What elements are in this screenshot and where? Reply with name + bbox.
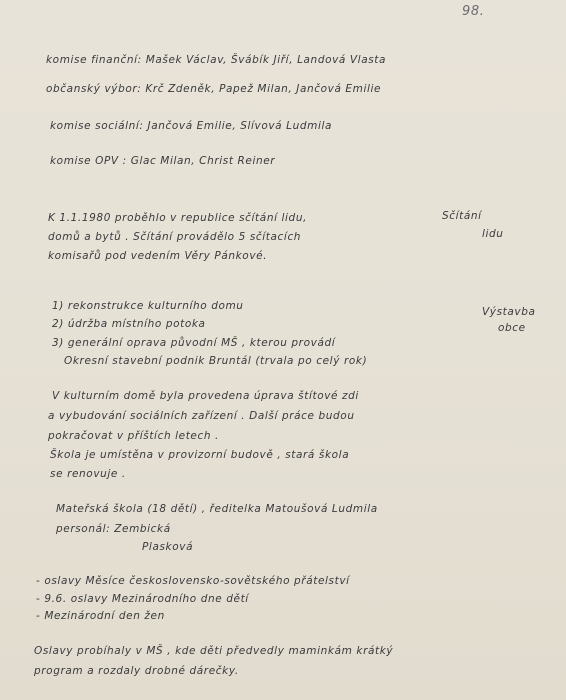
kindergarten-line: Mateřská škola (18 dětí) , ředitelka Mat… <box>56 503 378 515</box>
census-line: komisařů pod vedením Věry Pánkové. <box>48 250 267 262</box>
margin-note-census: lidu <box>482 228 504 240</box>
commission-line: občanský výbor: Krč Zdeněk, Papež Milan,… <box>46 83 381 95</box>
construction-item: Okresní stavební podnik Bruntál (trvala … <box>64 355 367 367</box>
kindergarten-line: Plasková <box>142 541 193 553</box>
culture-line: a vybudování sociálních zařízení . Další… <box>48 410 355 422</box>
culture-line: V kulturním domě byla provedena úprava š… <box>52 390 359 402</box>
construction-item: 1) rekonstrukce kulturního domu <box>52 300 244 312</box>
celebration-item: - Mezinárodní den žen <box>36 610 165 622</box>
chronicle-page: 98. komise finanční: Mašek Václav, Švábí… <box>0 0 566 700</box>
construction-item: 2) údržba místního potoka <box>52 318 206 330</box>
closing-line: program a rozdaly drobné dárečky. <box>34 665 239 677</box>
celebration-item: - 9.6. oslavy Mezinárodního dne dětí <box>36 593 249 605</box>
margin-note-construction: Výstavba <box>482 306 536 318</box>
closing-line: Oslavy probíhaly v MŠ , kde děti předved… <box>34 645 393 657</box>
construction-item: 3) generální oprava původní MŠ , kterou … <box>52 337 335 349</box>
culture-line: Škola je umístěna v provizorní budově , … <box>50 449 349 461</box>
commission-line: komise sociální: Jančová Emilie, Slívová… <box>50 120 332 132</box>
margin-note-census: Sčítání <box>442 210 482 222</box>
commission-line: komise OPV : Glac Milan, Christ Reiner <box>50 155 275 167</box>
margin-note-construction: obce <box>498 322 526 334</box>
census-line: K 1.1.1980 proběhlo v republice sčítání … <box>48 212 307 224</box>
culture-line: pokračovat v příštích letech . <box>48 430 219 442</box>
kindergarten-line: personál: Zembická <box>56 523 171 535</box>
celebration-item: - oslavy Měsíce československo-sovětskéh… <box>36 575 350 587</box>
census-line: domů a bytů . Sčítání provádělo 5 sčítac… <box>48 231 301 243</box>
page-number: 98. <box>462 4 484 19</box>
commission-line: komise finanční: Mašek Václav, Švábík Ji… <box>46 54 386 66</box>
culture-line: se renovuje . <box>50 468 126 480</box>
